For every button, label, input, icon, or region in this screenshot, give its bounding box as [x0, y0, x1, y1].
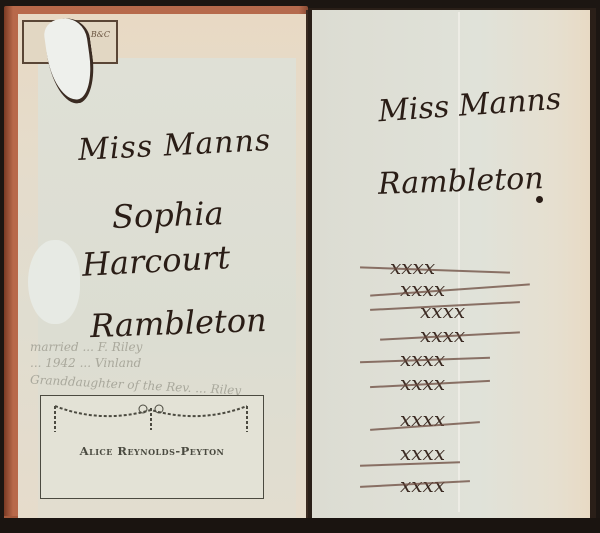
inscription-sophia: Sophia — [111, 194, 224, 236]
ink-blot — [536, 196, 543, 203]
bookplate-owner-name: Alice Reynolds-Peyton — [41, 444, 263, 458]
bookplate: Alice Reynolds-Peyton — [40, 395, 264, 499]
crossed-out-entry: xxxx — [420, 299, 465, 323]
open-book: B&C Miss Manns Sophia Harcourt Rambleton… — [0, 0, 600, 533]
garland-ornament-icon — [51, 402, 251, 432]
binder-ticket-text: B&C — [91, 30, 110, 39]
pencil-note: ... 1942 ... Vinland — [30, 356, 141, 370]
bottom-shadow — [0, 518, 600, 533]
paper-abrasion — [28, 240, 80, 324]
pencil-note: married ... F. Riley — [30, 340, 142, 354]
inscription-harcourt: Harcourt — [81, 238, 231, 284]
inscription-rambleton-left: Rambleton — [89, 301, 267, 345]
crossed-out-entries: xxxx xxxx xxxx xxxx xxxx xxxx xxxx xxxx … — [360, 255, 520, 515]
inscription-rambleton-right: Rambleton — [377, 161, 544, 202]
